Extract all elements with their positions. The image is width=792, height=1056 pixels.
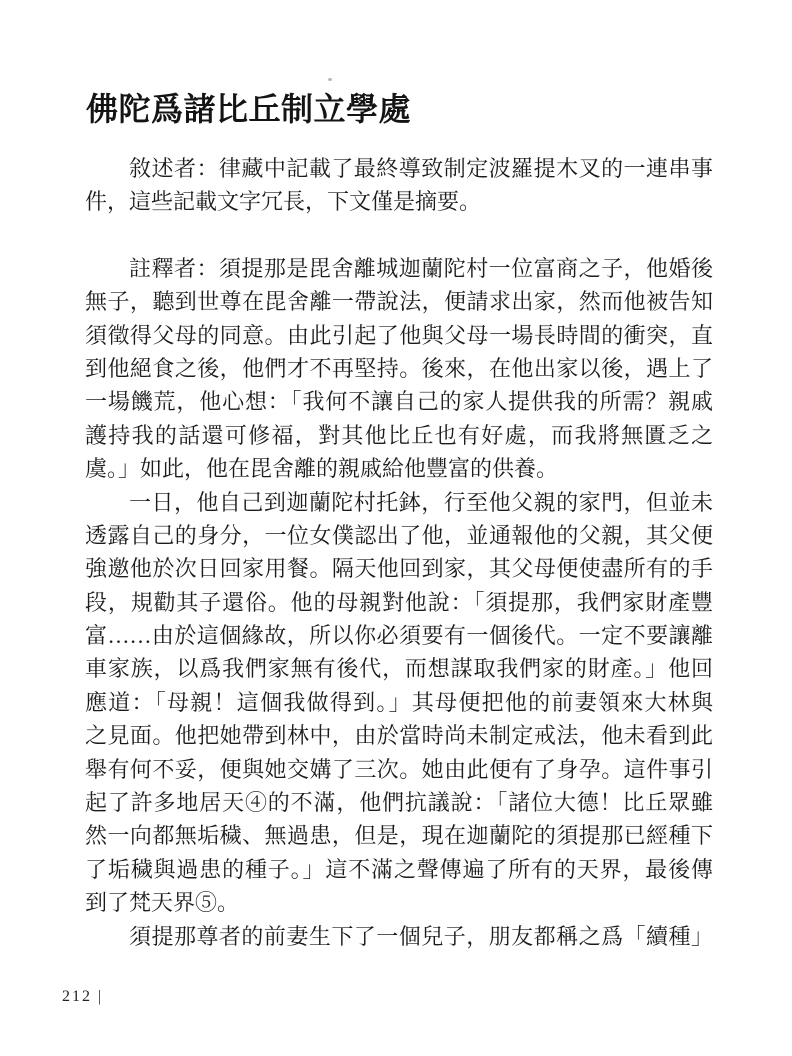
- text-line: 虞。」如此，他在毘舍離的親戚給他豐富的供養。: [85, 452, 713, 485]
- text-section-narrator-summary: 敘述者：律藏中記載了最終導致制定波羅提木叉的一連串事件，這些記載文字冗長，下文僅…: [85, 152, 713, 219]
- text-line: 車家族，以爲我們家無有後代，而想謀取我們家的財產。」他回: [85, 652, 713, 685]
- paragraph: 須提那尊者的前妻生下了一個兒子，朋友都稱之爲「續種」: [85, 920, 713, 953]
- page-title: 佛陀爲諸比丘制立學處: [86, 84, 411, 130]
- text-line: 無子，聽到世尊在毘舍離一帶說法，便請求出家，然而他被告知: [85, 285, 713, 318]
- text-line: 應道：「母親！這個我做得到。」其母便把他的前妻領來大林與: [85, 686, 713, 719]
- text-line: 之見面。他把她帶到林中，由於當時尚未制定戒法，他未看到此: [85, 719, 713, 752]
- text-line: 護持我的話還可修福，對其他比丘也有好處，而我將無匱乏之: [85, 419, 713, 452]
- paragraph: 註釋者：須提那是毘舍離城迦蘭陀村一位富商之子，他婚後無子，聽到世尊在毘舍離一帶說…: [85, 252, 713, 486]
- text-line: 件，這些記載文字冗長，下文僅是摘要。: [85, 185, 713, 218]
- text-line: 起了許多地居天④的不滿，他們抗議說：「諸位大德！比丘眾雖: [85, 786, 713, 819]
- text-line: 一日，他自己到迦蘭陀村托鉢，行至他父親的家門，但並未: [85, 486, 713, 519]
- text-line: 註釋者：須提那是毘舍離城迦蘭陀村一位富商之子，他婚後: [85, 252, 713, 285]
- page-footer: 212|: [62, 988, 103, 1006]
- text-line: 須提那尊者的前妻生下了一個兒子，朋友都稱之爲「續種」: [85, 920, 713, 953]
- text-line: 透露自己的身分，一位女僕認出了他，並通報他的父親，其父便: [85, 519, 713, 552]
- text-line: 一場饑荒，他心想：「我何不讓自己的家人提供我的所需？親戚: [85, 385, 713, 418]
- text-line: 到了梵天界⑤。: [85, 886, 713, 919]
- text-line: 然一向都無垢穢、無過患，但是，現在迦蘭陀的須提那已經種下: [85, 819, 713, 852]
- text-line: 段，規勸其子還俗。他的母親對他說：「須提那，我們家財產豐: [85, 586, 713, 619]
- text-line: 強邀他於次日回家用餐。隔天他回到家，其父母便使盡所有的手: [85, 552, 713, 585]
- text-line: 了垢穢與過患的種子。」這不滿之聲傳遍了所有的天界，最後傳: [85, 853, 713, 886]
- body-text: 敘述者：律藏中記載了最終導致制定波羅提木叉的一連串事件，這些記載文字冗長，下文僅…: [85, 152, 713, 953]
- page-number: 212: [62, 988, 92, 1005]
- text-line: 富……由於這個緣故，所以你必須要有一個後代。一定不要讓離: [85, 619, 713, 652]
- text-line: 到他絕食之後，他們才不再堅持。後來，在他出家以後，遇上了: [85, 352, 713, 385]
- text-line: 舉有何不妥，便與她交媾了三次。她由此便有了身孕。這件事引: [85, 753, 713, 786]
- book-page: 佛陀爲諸比丘制立學處 敘述者：律藏中記載了最終導致制定波羅提木叉的一連串事件，這…: [0, 0, 792, 1056]
- paragraph: 敘述者：律藏中記載了最終導致制定波羅提木叉的一連串事件，這些記載文字冗長，下文僅…: [85, 152, 713, 219]
- text-line: 敘述者：律藏中記載了最終導致制定波羅提木叉的一連串事: [85, 152, 713, 185]
- text-line: 須徵得父母的同意。由此引起了他與父母一場長時間的衝突，直: [85, 319, 713, 352]
- scan-speck: [328, 78, 332, 81]
- text-section-commentary: 註釋者：須提那是毘舍離城迦蘭陀村一位富商之子，他婚後無子，聽到世尊在毘舍離一帶說…: [85, 252, 713, 953]
- page-number-separator: |: [98, 988, 103, 1006]
- paragraph: 一日，他自己到迦蘭陀村托鉢，行至他父親的家門，但並未透露自己的身分，一位女僕認出…: [85, 486, 713, 920]
